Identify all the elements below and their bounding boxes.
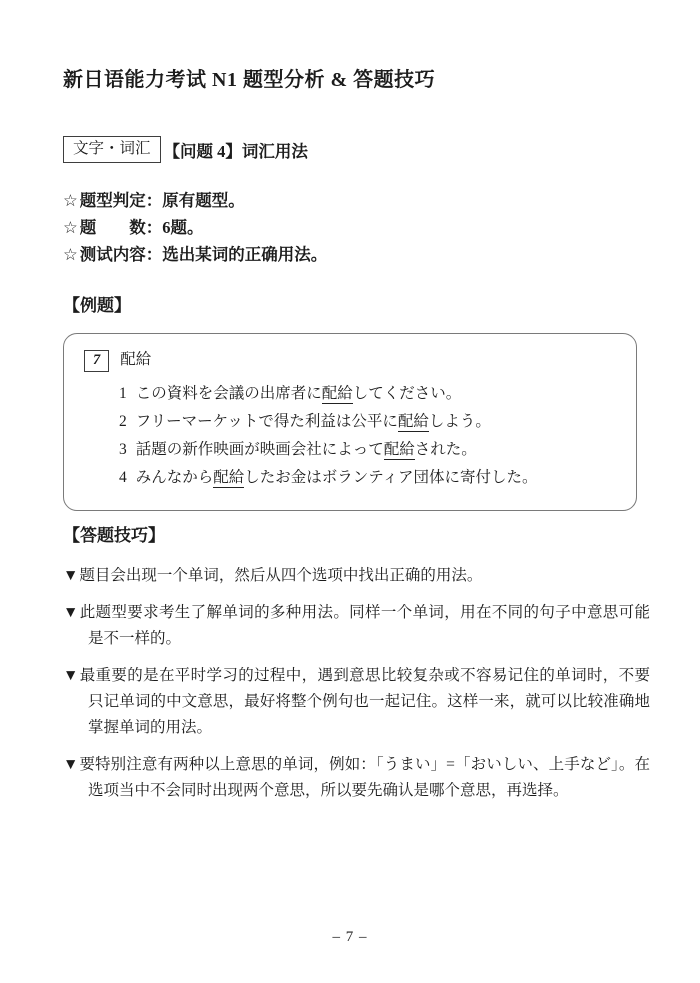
meta-value: 原有题型。 [162, 191, 245, 210]
underlined-word: 配給 [384, 441, 415, 460]
meta-line-type: ☆题型判定：原有题型。 [63, 187, 650, 214]
option-item: 1この資料を会議の出席者に配給してください。 [119, 380, 622, 408]
triangle-marker-icon: ▼ [63, 756, 78, 773]
option-text: みんなから [136, 469, 214, 486]
tip-item: ▼此题型要求考生了解单词的多种用法。同样一个单词，用在不同的句子中意思可能是不一… [63, 600, 650, 652]
star-icon: ☆ [63, 245, 78, 264]
option-number: 3 [119, 441, 127, 458]
option-text: フリーマーケットで得た利益は公平に [136, 413, 398, 430]
option-number: 2 [119, 413, 127, 430]
option-text: された。 [415, 441, 477, 458]
section-header: 文字・词汇 【问题 4】词汇用法 [63, 136, 650, 163]
option-number: 1 [119, 385, 127, 402]
question-number-box: 7 [84, 350, 109, 372]
tip-item: ▼最重要的是在平时学习的过程中，遇到意思比较复杂或不容易记住的单词时，不要只记单… [63, 663, 650, 741]
triangle-marker-icon: ▼ [63, 604, 79, 621]
tip-item: ▼要特别注意有两种以上意思的单词，例如：「うまい」=「おいしい、上手など」。在选… [63, 752, 650, 804]
question-word: 配給 [120, 351, 151, 368]
meta-label: 题型判定： [80, 191, 163, 210]
star-icon: ☆ [63, 191, 78, 210]
triangle-marker-icon: ▼ [63, 667, 79, 684]
question-meta: ☆题型判定：原有题型。 ☆题 数：6题。 ☆测试内容：选出某词的正确用法。 [63, 187, 650, 268]
meta-line-content: ☆测试内容：选出某词的正确用法。 [63, 241, 650, 268]
option-text: してください。 [353, 385, 462, 402]
meta-label: 测试内容： [80, 245, 163, 264]
tip-text: 最重要的是在平时学习的过程中，遇到意思比较复杂或不容易记住的单词时，不要只记单词… [80, 667, 650, 736]
option-item: 2フリーマーケットで得た利益は公平に配給しよう。 [119, 408, 622, 436]
underlined-word: 配給 [322, 385, 353, 404]
tip-text: 要特别注意有两种以上意思的单词，例如：「うまい」=「おいしい、上手など」。在选项… [79, 756, 650, 799]
tips-heading: 【答题技巧】 [63, 524, 650, 548]
example-heading: 【例题】 [63, 294, 650, 318]
document-page: 新日语能力考试 N1 题型分析 & 答题技巧 文字・词汇 【问题 4】词汇用法 … [0, 0, 700, 804]
page-title: 新日语能力考试 N1 题型分析 & 答题技巧 [63, 0, 650, 94]
meta-label: 题 数： [80, 218, 163, 237]
star-icon: ☆ [63, 218, 78, 237]
option-item: 4みんなから配給したお金はボランティア団体に寄付した。 [119, 464, 622, 492]
meta-line-count: ☆题 数：6题。 [63, 214, 650, 241]
option-list: 1この資料を会議の出席者に配給してください。 2フリーマーケットで得た利益は公平… [119, 380, 622, 492]
example-box: 7配給 1この資料を会議の出席者に配給してください。 2フリーマーケットで得た利… [63, 333, 637, 511]
option-text: したお金はボランティア団体に寄付した。 [244, 469, 537, 486]
example-question-header: 7配給 [84, 349, 622, 372]
category-label: 文字・词汇 [63, 136, 161, 163]
meta-value: 选出某词的正确用法。 [162, 245, 327, 264]
tip-text: 题目会出现一个单词，然后从四个选项中找出正确的用法。 [79, 567, 482, 584]
option-item: 3話題の新作映画が映画会社によって配給された。 [119, 436, 622, 464]
problem-label: 【问题 4】词汇用法 [164, 138, 308, 162]
underlined-word: 配給 [213, 469, 244, 488]
page-number: – 7 – [0, 929, 700, 946]
option-text: この資料を会議の出席者に [136, 385, 322, 402]
option-number: 4 [119, 469, 127, 486]
underlined-word: 配給 [398, 413, 429, 432]
option-text: しよう。 [429, 413, 491, 430]
meta-value: 6题。 [162, 218, 203, 237]
tip-item: ▼题目会出现一个单词，然后从四个选项中找出正确的用法。 [63, 563, 650, 589]
option-text: 話題の新作映画が映画会社によって [136, 441, 384, 458]
triangle-marker-icon: ▼ [63, 567, 78, 584]
tip-text: 此题型要求考生了解单词的多种用法。同样一个单词，用在不同的句子中意思可能是不一样… [80, 604, 650, 647]
